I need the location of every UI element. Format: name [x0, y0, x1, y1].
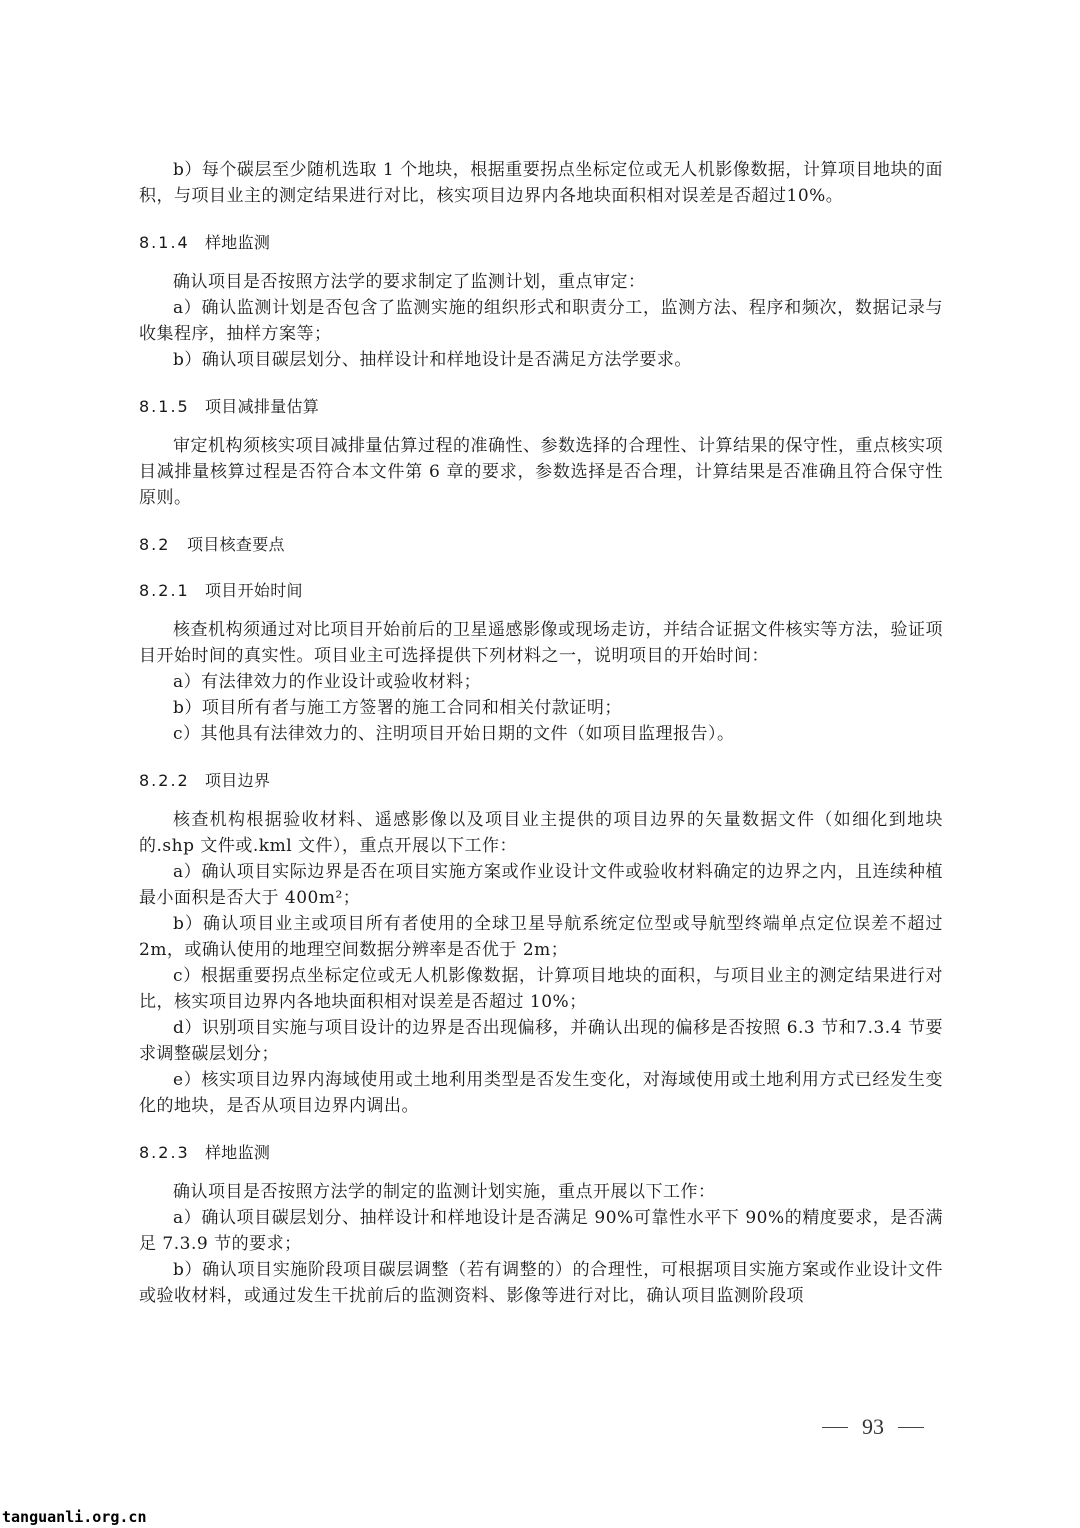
- dash-left: [822, 1427, 848, 1428]
- paragraph: b）确认项目业主或项目所有者使用的全球卫星导航系统定位型或导航型终端单点定位误差…: [139, 911, 943, 963]
- section-number: 8.2.1: [139, 579, 205, 603]
- section-title: 项目核查要点: [187, 535, 285, 554]
- paragraph: b）每个碳层至少随机选取 1 个地块，根据重要拐点坐标定位或无人机影像数据，计算…: [139, 157, 943, 209]
- spacer: [139, 209, 943, 231]
- paragraph: b）确认项目实施阶段项目碳层调整（若有调整的）的合理性，可根据项目实施方案或作业…: [139, 1257, 943, 1309]
- section-heading: 8.1.4样地监测: [139, 231, 943, 255]
- page-number-text: 93: [862, 1414, 884, 1440]
- page-number: 93: [822, 1414, 924, 1440]
- section-number: 8.1.5: [139, 395, 205, 419]
- section-title: 项目开始时间: [205, 581, 303, 600]
- section-number: 8.2.2: [139, 769, 205, 793]
- paragraph: b）确认项目碳层划分、抽样设计和样地设计是否满足方法学要求。: [139, 347, 943, 373]
- section-heading: 8.2.2项目边界: [139, 769, 943, 793]
- spacer: [139, 511, 943, 533]
- section-number: 8.1.4: [139, 231, 205, 255]
- paragraph: a）确认项目实际边界是否在项目实施方案或作业设计文件或验收材料确定的边界之内，且…: [139, 859, 943, 911]
- document-page: b）每个碳层至少随机选取 1 个地块，根据重要拐点坐标定位或无人机影像数据，计算…: [139, 157, 943, 1309]
- paragraph: a）确认项目碳层划分、抽样设计和样地设计是否满足 90%可靠性水平下 90%的精…: [139, 1205, 943, 1257]
- spacer: [139, 373, 943, 395]
- spacer: [139, 419, 943, 433]
- paragraph: c）其他具有法律效力的、注明项目开始日期的文件（如项目监理报告）。: [139, 721, 943, 747]
- dash-right: [898, 1427, 924, 1428]
- spacer: [139, 1119, 943, 1141]
- section-title: 样地监测: [205, 233, 270, 252]
- section-title: 样地监测: [205, 1143, 270, 1162]
- paragraph: 核查机构须通过对比项目开始前后的卫星遥感影像或现场走访，并结合证据文件核实等方法…: [139, 617, 943, 669]
- watermark: tanguanli.org.cn: [2, 1508, 147, 1526]
- section-number: 8.2.3: [139, 1141, 205, 1165]
- spacer: [139, 793, 943, 807]
- spacer: [139, 603, 943, 617]
- section-heading: 8.2项目核查要点: [139, 533, 943, 557]
- section-heading: 8.2.3样地监测: [139, 1141, 943, 1165]
- paragraph: e）核实项目边界内海域使用或土地利用类型是否发生变化，对海域使用或土地利用方式已…: [139, 1067, 943, 1119]
- section-heading: 8.2.1项目开始时间: [139, 579, 943, 603]
- section-title: 项目边界: [205, 771, 270, 790]
- spacer: [139, 747, 943, 769]
- section-title: 项目减排量估算: [205, 397, 319, 416]
- paragraph: d）识别项目实施与项目设计的边界是否出现偏移，并确认出现的偏移是否按照 6.3 …: [139, 1015, 943, 1067]
- paragraph: a）有法律效力的作业设计或验收材料；: [139, 669, 943, 695]
- spacer: [139, 255, 943, 269]
- paragraph: b）项目所有者与施工方签署的施工合同和相关付款证明；: [139, 695, 943, 721]
- section-heading: 8.1.5项目减排量估算: [139, 395, 943, 419]
- spacer: [139, 1165, 943, 1179]
- paragraph: a）确认监测计划是否包含了监测实施的组织形式和职责分工，监测方法、程序和频次，数…: [139, 295, 943, 347]
- spacer: [139, 557, 943, 579]
- paragraph: 确认项目是否按照方法学的制定的监测计划实施，重点开展以下工作：: [139, 1179, 943, 1205]
- paragraph: c）根据重要拐点坐标定位或无人机影像数据，计算项目地块的面积，与项目业主的测定结…: [139, 963, 943, 1015]
- paragraph: 核查机构根据验收材料、遥感影像以及项目业主提供的项目边界的矢量数据文件（如细化到…: [139, 807, 943, 859]
- paragraph: 确认项目是否按照方法学的要求制定了监测计划，重点审定：: [139, 269, 943, 295]
- section-number: 8.2: [139, 533, 187, 557]
- paragraph: 审定机构须核实项目减排量估算过程的准确性、参数选择的合理性、计算结果的保守性，重…: [139, 433, 943, 511]
